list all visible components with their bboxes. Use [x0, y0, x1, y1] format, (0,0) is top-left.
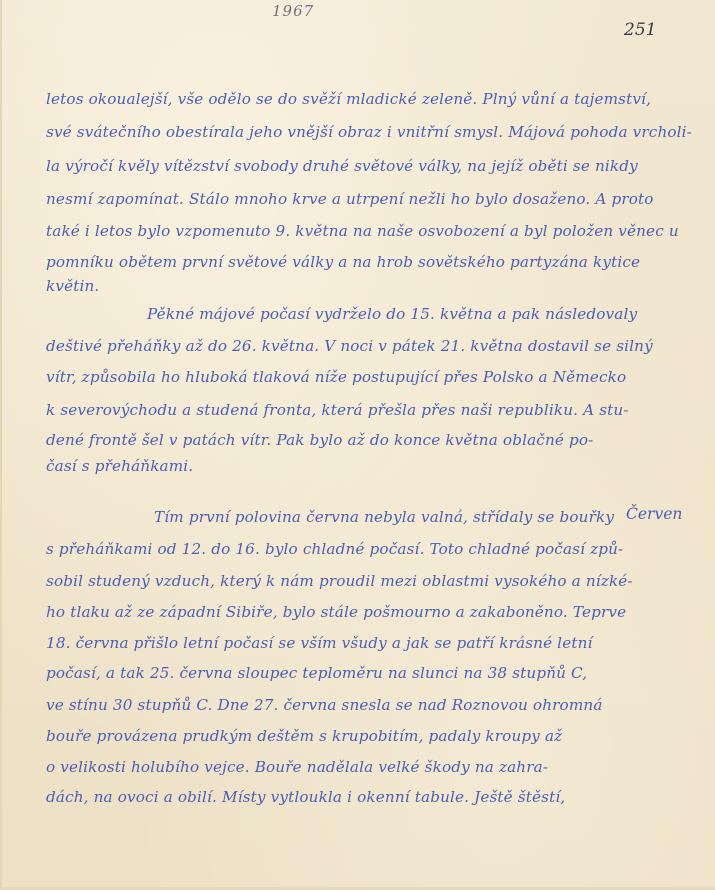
- text-line: o velikosti holubího vejce. Bouře naděla…: [46, 758, 548, 776]
- text-line: své svátečního obestírala jeho vnější ob…: [46, 123, 692, 141]
- text-line: la výročí kvěly vítězství svobody druhé …: [46, 157, 638, 175]
- year-heading: 1967: [272, 2, 314, 20]
- text-line: Pěkné májové počasí vydrželo do 15. květ…: [147, 305, 637, 323]
- text-line: květin.: [46, 277, 99, 295]
- manuscript-page: 1967 251 letos okoualejší, vše odělo se …: [0, 0, 715, 890]
- text-line: dené frontě šel v patách vítr. Pak bylo …: [46, 431, 593, 449]
- text-line: vítr, způsobila ho hluboká tlaková níže …: [46, 368, 626, 386]
- text-line: nesmí zapomínat. Stálo mnoho krve a utrp…: [46, 190, 654, 208]
- text-line: pomníku obětem první světové války a na …: [46, 253, 640, 271]
- text-line: letos okoualejší, vše odělo se do svěží …: [46, 90, 651, 108]
- text-line: k severovýchodu a studená fronta, která …: [46, 401, 629, 419]
- text-line: 18. června přišlo letní počasí se vším v…: [46, 634, 593, 652]
- text-line: také i letos bylo vzpomenuto 9. května n…: [46, 222, 679, 240]
- page-number: 251: [624, 20, 656, 40]
- margin-note-month: Červen: [626, 505, 682, 523]
- text-line: časí s přeháňkami.: [46, 457, 193, 475]
- text-line: počasí, a tak 25. června sloupec teplomě…: [46, 664, 587, 682]
- text-line: ve stínu 30 stupňů C. Dne 27. června sne…: [46, 696, 603, 714]
- text-line: dách, na ovoci a obilí. Místy vytloukla …: [46, 788, 565, 806]
- text-line: ho tlaku až ze západní Sibiře, bylo stál…: [46, 603, 626, 621]
- text-line: deštivé přeháňky až do 26. května. V noc…: [46, 337, 653, 355]
- text-line: s přeháňkami od 12. do 16. bylo chladné …: [46, 540, 623, 558]
- text-line: bouře provázena prudkým deštěm s krupobi…: [46, 727, 562, 745]
- text-line: sobil studený vzduch, který k nám proudi…: [46, 572, 633, 590]
- text-line: Tím první polovina června nebyla valná, …: [154, 508, 614, 526]
